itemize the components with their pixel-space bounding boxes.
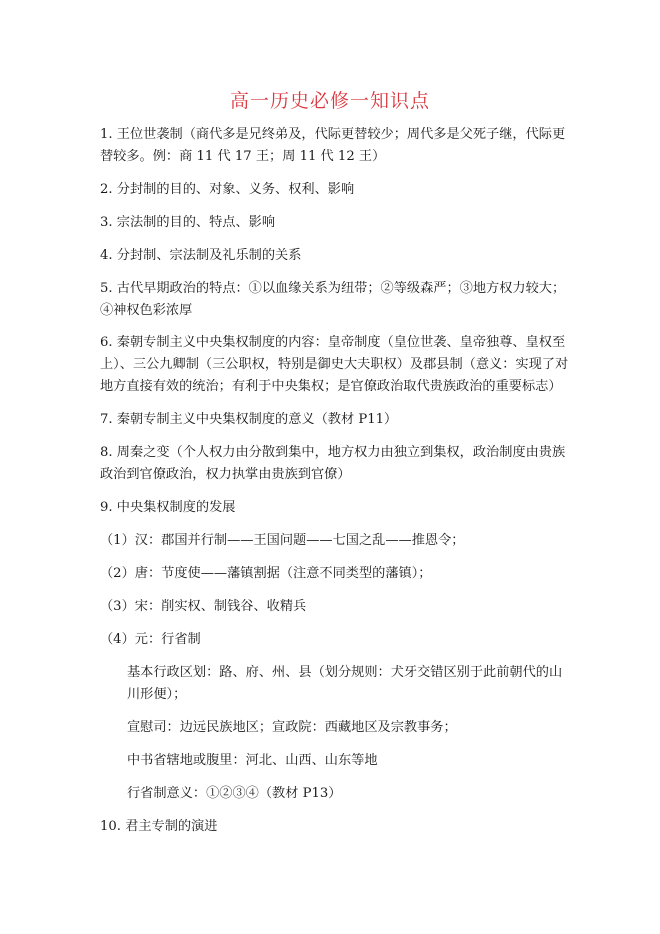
paragraph: 1. 王位世袭制（商代多是兄终弟及，代际更替较少；周代多是父死子继，代际更替较多… [100,124,570,168]
paragraph: 2. 分封制的目的、对象、义务、权利、影响 [100,179,570,201]
paragraph: 7. 秦朝专制主义中央集权制度的意义（教材 P11） [100,409,570,431]
paragraph: 3. 宗法制的目的、特点、影响 [100,212,570,234]
document-title: 高一历史必修一知识点 [0,86,660,113]
paragraph: （3）宋：削实权、制钱谷、收精兵 [100,596,570,618]
paragraph: 宣慰司：边远民族地区；宣政院：西藏地区及宗教事务； [100,717,570,739]
paragraph: 4. 分封制、宗法制及礼乐制的关系 [100,245,570,267]
paragraph: 6. 秦朝专制主义中央集权制度的内容：皇帝制度（皇位世袭、皇帝独尊、皇权至上）、… [100,332,570,398]
paragraph: 5. 古代早期政治的特点：①以血缘关系为纽带；②等级森严；③地方权力较大；④神权… [100,278,570,322]
paragraph: （2）唐：节度使——藩镇割据（注意不同类型的藩镇）； [100,563,570,585]
paragraph: 10. 君主专制的演进 [100,816,570,838]
paragraph: 基本行政区划：路、府、州、县（划分规则：犬牙交错区别于此前朝代的山川形便）； [100,662,570,706]
paragraph: 中书省辖地或腹里：河北、山西、山东等地 [100,750,570,772]
paragraph: 9. 中央集权制度的发展 [100,497,570,519]
paragraph: （1）汉：郡国并行制——王国问题——七国之乱——推恩令； [100,530,570,552]
paragraph: （4）元：行省制 [100,629,570,651]
paragraph: 8. 周秦之变（个人权力由分散到集中，地方权力由独立到集权，政治制度由贵族政治到… [100,442,570,486]
paragraph: 行省制意义：①②③④（教材 P13） [100,783,570,805]
